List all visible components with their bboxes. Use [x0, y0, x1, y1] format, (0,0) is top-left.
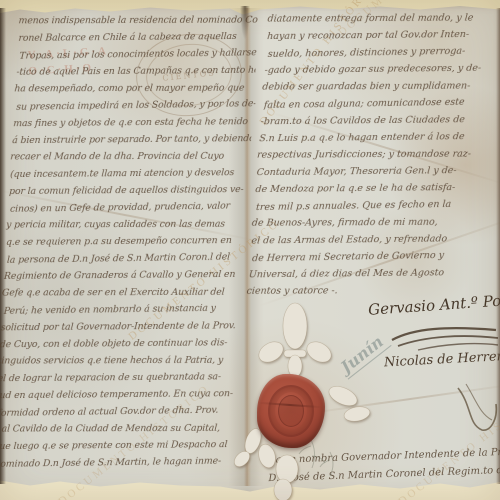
- red-wax-seal: [257, 374, 325, 448]
- manuscript-photo: DOCUMENTO HISTÓRICO DOCUMENTO HISTÓRICO …: [0, 0, 500, 500]
- paper-cutout-ornaments: [0, 0, 500, 500]
- fleur-de-lis-cutout: [255, 303, 335, 377]
